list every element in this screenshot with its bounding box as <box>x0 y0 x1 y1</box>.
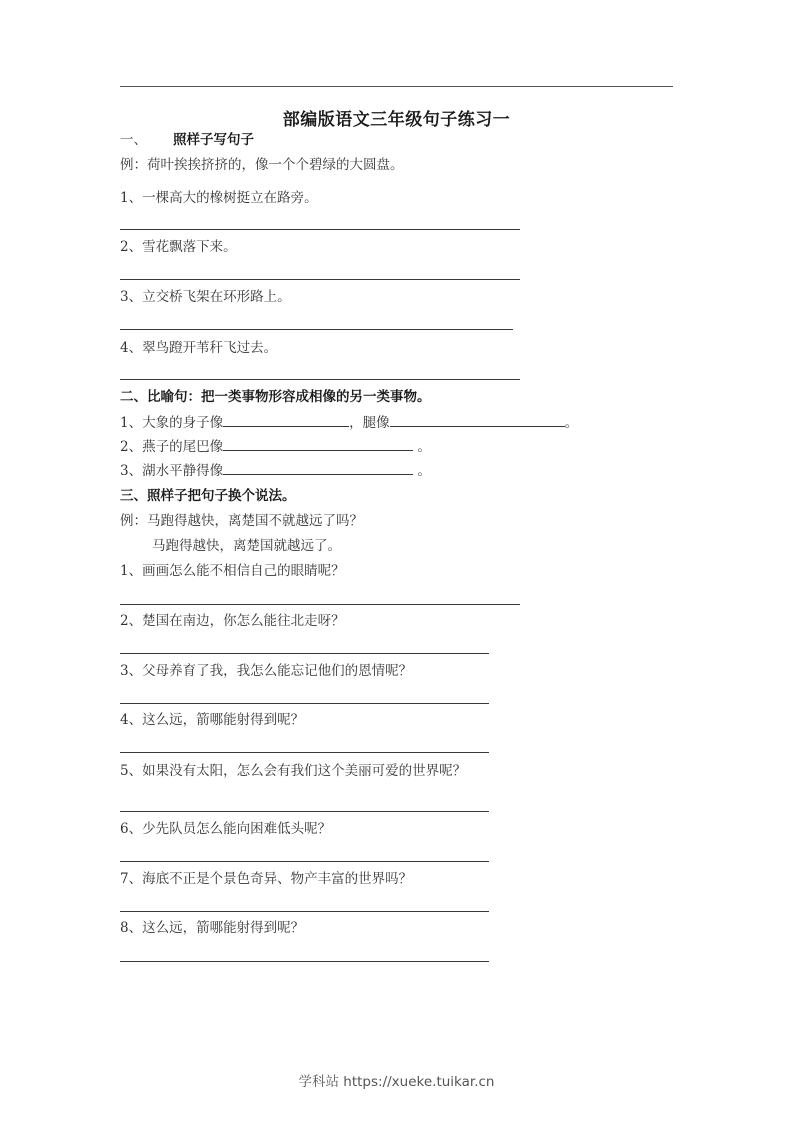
section3-example-2: 马跑得越快，离楚国就越远了。 <box>152 537 341 555</box>
section3-heading: 三、照样子把句子换个说法。 <box>120 487 296 505</box>
section1-item-1: 1、一棵高大的橡树挺立在路旁。 <box>120 189 318 207</box>
section2-item-2: 2、燕子的尾巴像 。 <box>120 437 431 456</box>
blank-2-1b[interactable] <box>390 413 565 427</box>
blank-2-2[interactable] <box>223 437 413 451</box>
answer-line-3-8[interactable] <box>120 961 489 962</box>
answer-line-1-2[interactable] <box>120 279 520 280</box>
section2-heading: 二、比喻句：把一类事物形容成相像的另一类事物。 <box>120 388 431 406</box>
section2-item-2-prefix: 2、燕子的尾巴像 <box>120 439 223 455</box>
section2-item-3-suffix: 。 <box>413 463 431 479</box>
section3-item-1: 1、画画怎么能不相信自己的眼睛呢？ <box>120 562 345 580</box>
section3-example-1: 例：马跑得越快，离楚国不就越远了吗？ <box>120 512 363 530</box>
answer-line-3-4[interactable] <box>120 752 489 753</box>
blank-2-3[interactable] <box>223 461 413 475</box>
answer-line-1-1[interactable] <box>120 229 520 230</box>
answer-line-3-3[interactable] <box>120 703 489 704</box>
section2-item-2-suffix: 。 <box>413 439 431 455</box>
section3-item-7: 7、海底不正是个景色奇异、物产丰富的世界吗？ <box>120 870 412 888</box>
section3-item-8: 8、这么远，箭哪能射得到呢？ <box>120 919 304 937</box>
section1-item-3: 3、立交桥飞架在环形路上。 <box>120 288 291 306</box>
section2-item-3-prefix: 3、湖水平静得像 <box>120 463 223 479</box>
answer-line-1-4[interactable] <box>120 379 520 380</box>
page-title: 部编版语文三年级句子练习一 <box>120 105 673 130</box>
section3-item-5: 5、如果没有太阳，怎么会有我们这个美丽可爱的世界呢？ <box>120 762 466 780</box>
answer-line-3-5[interactable] <box>120 811 489 812</box>
section2-item-1: 1、大象的身子像，腿像。 <box>120 413 578 432</box>
section1-example: 例：荷叶挨挨挤挤的，像一个个碧绿的大圆盘。 <box>120 156 404 174</box>
section2-item-1-prefix: 1、大象的身子像 <box>120 415 223 431</box>
section1-heading: 一、照样子写句子 <box>120 131 254 149</box>
section3-item-3: 3、父母养育了我，我怎么能忘记他们的恩情呢？ <box>120 662 412 680</box>
section2-item-3: 3、湖水平静得像 。 <box>120 461 431 480</box>
answer-line-3-6[interactable] <box>120 861 489 862</box>
footer-watermark: 学科站 https://xueke.tuikar.cn <box>0 1070 793 1090</box>
section2-item-1-middle: ，腿像 <box>349 415 390 431</box>
section3-item-4: 4、这么远，箭哪能射得到呢？ <box>120 711 304 729</box>
section3-item-2: 2、楚国在南边，你怎么能往北走呀？ <box>120 612 345 630</box>
blank-2-1a[interactable] <box>223 413 349 427</box>
section1-item-4: 4、翠鸟蹬开苇秆飞过去。 <box>120 339 277 357</box>
section1-item-2: 2、雪花飘落下来。 <box>120 238 237 256</box>
answer-line-3-7[interactable] <box>120 911 489 912</box>
answer-line-3-2[interactable] <box>120 653 489 654</box>
answer-line-1-3[interactable] <box>120 329 513 330</box>
section2-item-1-suffix: 。 <box>565 415 579 431</box>
section1-number: 一、 <box>120 132 147 148</box>
section1-title: 照样子写句子 <box>173 132 254 148</box>
section3-item-6: 6、少先队员怎么能向困难低头呢？ <box>120 820 331 838</box>
answer-line-3-1[interactable] <box>120 604 520 605</box>
header-rule <box>120 86 673 87</box>
